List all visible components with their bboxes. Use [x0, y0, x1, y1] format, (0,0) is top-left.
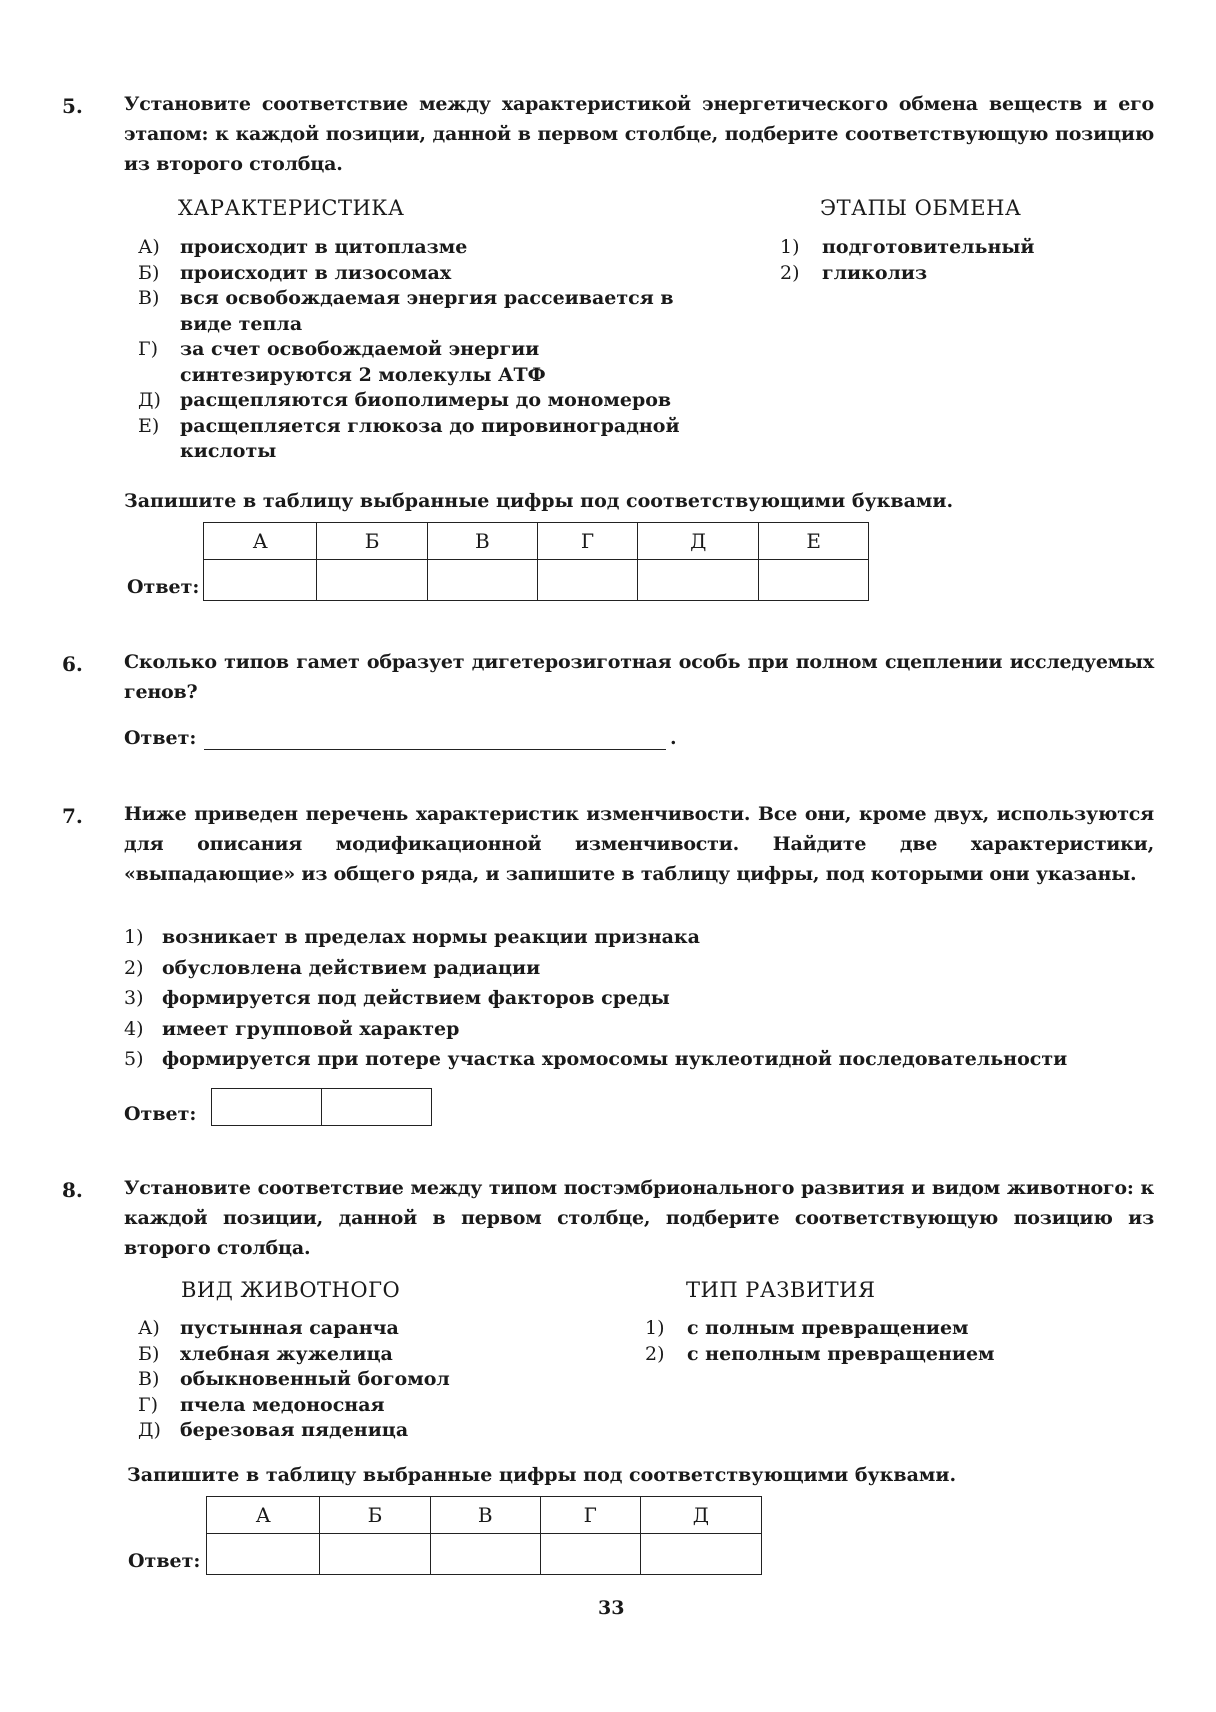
header-cell: А [204, 523, 317, 560]
animals-list: А)пустынная саранча Б)хлебная жужелица В… [138, 1316, 598, 1444]
answer-table-header-row: А Б В Г Д [207, 1497, 762, 1534]
answer-cell[interactable] [638, 560, 759, 601]
header-cell: Г [538, 523, 638, 560]
header-cell: Д [638, 523, 759, 560]
list-item: Е)расщепляется глюкоза до пировиноградно… [138, 414, 698, 465]
left-column-header: ХАРАКТЕРИСТИКА [178, 196, 404, 220]
list-item: А)происходит в цитоплазме [138, 235, 698, 261]
stages-list: 1)подготовительный 2)гликолиз [780, 235, 1100, 286]
list-item: 2)гликолиз [780, 261, 1100, 287]
instruction-text: Запишите в таблицу выбранные цифры под с… [127, 1464, 956, 1486]
list-item: 2)с неполным превращением [645, 1342, 1045, 1368]
answer-table-input-row [212, 1089, 432, 1126]
header-cell: Д [640, 1497, 761, 1534]
list-item: В)вся освобождаемая энергия рассеивается… [138, 286, 698, 337]
list-item: Б)происходит в лизосомах [138, 261, 698, 287]
page-number: 33 [598, 1597, 624, 1619]
development-types-list: 1)с полным превращением 2)с неполным пре… [645, 1316, 1045, 1367]
characteristics-list: 1)возникает в пределах нормы реакции при… [124, 922, 1124, 1075]
header-cell: Г [540, 1497, 640, 1534]
answer-cell[interactable] [538, 560, 638, 601]
question-number: 5. [62, 94, 83, 118]
list-item: А)пустынная саранча [138, 1316, 598, 1342]
header-cell: Е [759, 523, 869, 560]
answer-cell[interactable] [430, 1534, 540, 1575]
header-cell: А [207, 1497, 320, 1534]
right-column-header: ТИП РАЗВИТИЯ [686, 1278, 875, 1302]
answer-table: А Б В Г Д [206, 1496, 762, 1575]
characteristics-list: А)происходит в цитоплазме Б)происходит в… [138, 235, 698, 465]
list-item: 4)имеет групповой характер [124, 1014, 1124, 1045]
answer-cell[interactable] [204, 560, 317, 601]
question-text: Сколько типов гамет образует дигетерозиг… [124, 647, 1154, 707]
header-cell: Б [317, 523, 427, 560]
list-item: 3)формируется под действием факторов сре… [124, 983, 1124, 1014]
question-text: Ниже приведен перечень характеристик изм… [124, 799, 1154, 889]
answer-label: Ответ: [124, 727, 196, 749]
question-number: 6. [62, 652, 83, 676]
answer-suffix: . [670, 727, 677, 749]
answer-cell[interactable] [317, 560, 427, 601]
answer-table-input-row [204, 560, 869, 601]
answer-cell[interactable] [212, 1089, 322, 1126]
answer-cell[interactable] [759, 560, 869, 601]
list-item: 1)возникает в пределах нормы реакции при… [124, 922, 1124, 953]
answer-table: А Б В Г Д Е [203, 522, 869, 601]
answer-cell[interactable] [427, 560, 537, 601]
list-item: 1)подготовительный [780, 235, 1100, 261]
list-item: 1)с полным превращением [645, 1316, 1045, 1342]
question-text: Установите соответствие между характерис… [124, 89, 1154, 179]
right-column-header: ЭТАПЫ ОБМЕНА [820, 196, 1021, 220]
header-cell: В [430, 1497, 540, 1534]
answer-label: Ответ: [127, 576, 199, 598]
answer-table-input-row [207, 1534, 762, 1575]
left-column-header: ВИД ЖИВОТНОГО [181, 1278, 400, 1302]
answer-table-header-row: А Б В Г Д Е [204, 523, 869, 560]
answer-table [211, 1088, 432, 1126]
list-item: Д)расщепляются биополимеры до мономеров [138, 388, 698, 414]
instruction-text: Запишите в таблицу выбранные цифры под с… [124, 490, 953, 512]
list-item: Г)за счет освобождаемой энергии синтезир… [138, 337, 698, 388]
header-cell: В [427, 523, 537, 560]
question-number: 8. [62, 1178, 83, 1202]
list-item: В)обыкновенный богомол [138, 1367, 598, 1393]
list-item: Б)хлебная жужелица [138, 1342, 598, 1368]
answer-label: Ответ: [124, 1103, 196, 1125]
answer-cell[interactable] [640, 1534, 761, 1575]
list-item: 2)обусловлена действием радиации [124, 953, 1124, 984]
answer-label: Ответ: [128, 1550, 200, 1572]
answer-cell[interactable] [320, 1534, 430, 1575]
list-item: 5)формируется при потере участка хромосо… [124, 1044, 1124, 1075]
question-text: Установите соответствие между типом пост… [124, 1173, 1154, 1263]
list-item: Г)пчела медоносная [138, 1393, 598, 1419]
header-cell: Б [320, 1497, 430, 1534]
answer-input-line[interactable] [204, 725, 666, 750]
list-item: Д)березовая пяденица [138, 1418, 598, 1444]
question-number: 7. [62, 804, 83, 828]
answer-cell[interactable] [322, 1089, 432, 1126]
answer-cell[interactable] [207, 1534, 320, 1575]
answer-cell[interactable] [540, 1534, 640, 1575]
